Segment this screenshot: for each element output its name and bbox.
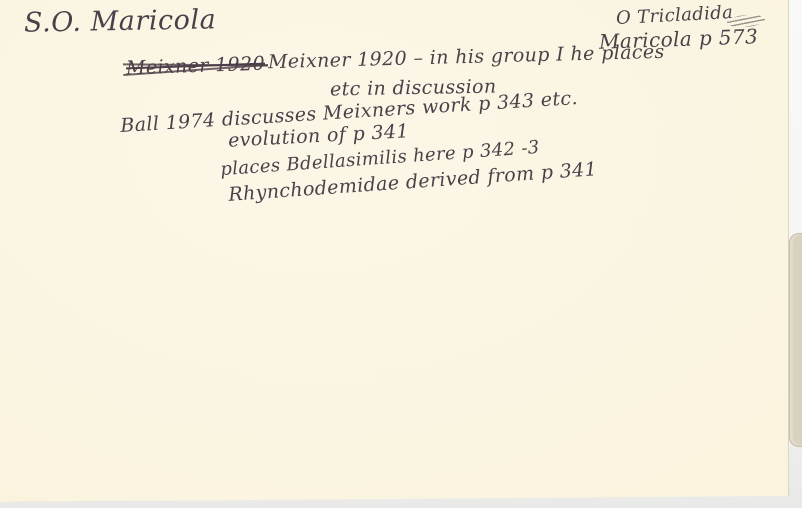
note-line-meixner: Meixner 1920 – in his group I he places <box>268 41 665 73</box>
scan-background: S.O. Maricola O Tricladida Maricola p 57… <box>0 0 802 508</box>
background-card-edge <box>789 233 802 447</box>
suborder-heading: S.O. Maricola <box>24 4 217 38</box>
struck-note: Meixner 1920 <box>126 53 266 80</box>
index-card: S.O. Maricola O Tricladida Maricola p 57… <box>0 0 789 502</box>
